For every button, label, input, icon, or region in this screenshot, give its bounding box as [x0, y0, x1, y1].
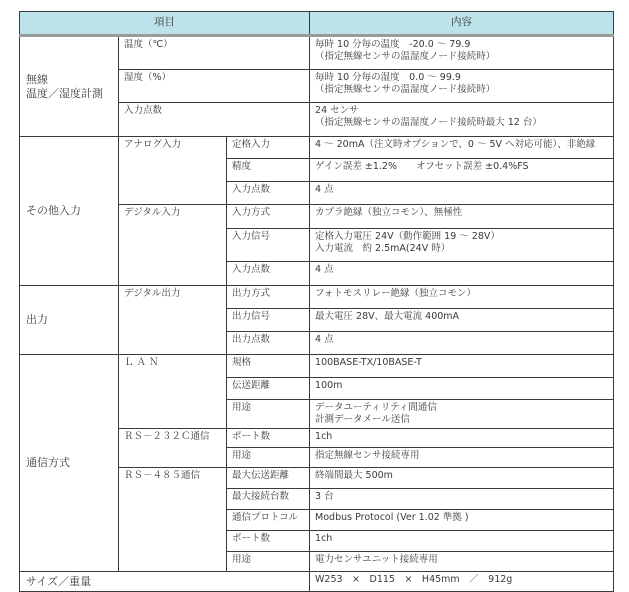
row-label: 出力信号: [227, 309, 310, 332]
row-value: 最大電圧 28V、最大電流 400mA: [310, 309, 614, 332]
row-value: 終端間最大 500m: [310, 468, 614, 489]
row-value: カプラ絶縁（独立コモン）、無極性: [310, 205, 614, 229]
row-value: 指定無線センサ接続専用: [310, 448, 614, 468]
row-value: 24 センサ （指定無線センサの温湿度ノード接続時最大 12 台）: [310, 103, 614, 137]
row-value: 4 点: [310, 332, 614, 355]
table-row: サイズ／重量 W253 × D115 × H45mm ／ 912g: [20, 572, 614, 592]
row-label: 用途: [227, 400, 310, 429]
category-other-inputs: その他入力: [20, 137, 119, 286]
row-label: 通信プロトコル: [227, 510, 310, 531]
row-label: 入力点数: [119, 103, 310, 137]
size-weight-value: W253 × D115 × H45mm ／ 912g: [310, 572, 614, 592]
row-label: ポート数: [227, 429, 310, 448]
subcategory-analog: アナログ入力: [119, 137, 227, 205]
table-row: その他入力 アナログ入力 定格入力 4 ～ 20mA（注文時オプションで、0 ～…: [20, 137, 614, 159]
row-label: 定格入力: [227, 137, 310, 159]
row-value: 1ch: [310, 531, 614, 552]
row-label: 湿度（%）: [119, 70, 310, 103]
row-value: 4 点: [310, 262, 614, 286]
subcategory-digital-input: デジタル入力: [119, 205, 227, 286]
row-value: 3 台: [310, 489, 614, 510]
row-value: Modbus Protocol (Ver 1.02 準拠 ): [310, 510, 614, 531]
subcategory-rs232c: ＲＳ－２３２Ｃ通信: [119, 429, 227, 468]
row-label: 用途: [227, 552, 310, 572]
table-row: 無線 温度／湿度計測 温度（℃） 毎時 10 分毎の温度 -20.0 ～ 79.…: [20, 36, 614, 70]
row-label: 温度（℃）: [119, 36, 310, 70]
row-value: 毎時 10 分毎の温度 -20.0 ～ 79.9 （指定無線センサの温湿度ノード…: [310, 36, 614, 70]
row-label: 最大伝送距離: [227, 468, 310, 489]
row-value: 定格入力電圧 24V（動作範囲 19 ～ 28V） 入力電流 約 2.5mA(2…: [310, 229, 614, 262]
row-value: 4 ～ 20mA（注文時オプションで、0 ～ 5V へ対応可能）、非絶縁: [310, 137, 614, 159]
row-label: 入力信号: [227, 229, 310, 262]
row-value: 100BASE-TX/10BASE-T: [310, 355, 614, 378]
header-content: 内容: [310, 12, 614, 36]
row-label: 入力点数: [227, 182, 310, 205]
row-value: 電力センサユニット接続専用: [310, 552, 614, 572]
header-item: 項目: [20, 12, 310, 36]
row-label: 規格: [227, 355, 310, 378]
table-row: 出力 デジタル出力 出力方式 フォトモスリレー絶縁（独立コモン）: [20, 286, 614, 309]
row-label: 最大接続台数: [227, 489, 310, 510]
subcategory-lan: ＬＡＮ: [119, 355, 227, 429]
size-weight-label: サイズ／重量: [20, 572, 310, 592]
row-value: データユーティリティ間通信 計測データメール送信: [310, 400, 614, 429]
row-value: ゲイン誤差 ±1.2% オフセット誤差 ±0.4%FS: [310, 159, 614, 182]
subcategory-rs485: ＲＳ－４８５通信: [119, 468, 227, 572]
row-value: 4 点: [310, 182, 614, 205]
row-label: 入力点数: [227, 262, 310, 286]
table-header-row: 項目 内容: [20, 12, 614, 36]
row-label: 用途: [227, 448, 310, 468]
table-row: 通信方式 ＬＡＮ 規格 100BASE-TX/10BASE-T: [20, 355, 614, 378]
row-label: 伝送距離: [227, 378, 310, 400]
category-wireless: 無線 温度／湿度計測: [20, 36, 119, 137]
row-value: 毎時 10 分毎の湿度 0.0 ～ 99.9 （指定無線センサの温湿度ノード接続…: [310, 70, 614, 103]
row-label: 出力方式: [227, 286, 310, 309]
row-label: 出力点数: [227, 332, 310, 355]
row-value: 1ch: [310, 429, 614, 448]
category-communication: 通信方式: [20, 355, 119, 572]
row-label: 入力方式: [227, 205, 310, 229]
row-value: 100m: [310, 378, 614, 400]
subcategory-digital-output: デジタル出力: [119, 286, 227, 355]
row-label: ポート数: [227, 531, 310, 552]
row-value: フォトモスリレー絶縁（独立コモン）: [310, 286, 614, 309]
spec-table: 項目 内容 無線 温度／湿度計測 温度（℃） 毎時 10 分毎の温度 -20.0…: [19, 11, 614, 592]
row-label: 精度: [227, 159, 310, 182]
category-output: 出力: [20, 286, 119, 355]
